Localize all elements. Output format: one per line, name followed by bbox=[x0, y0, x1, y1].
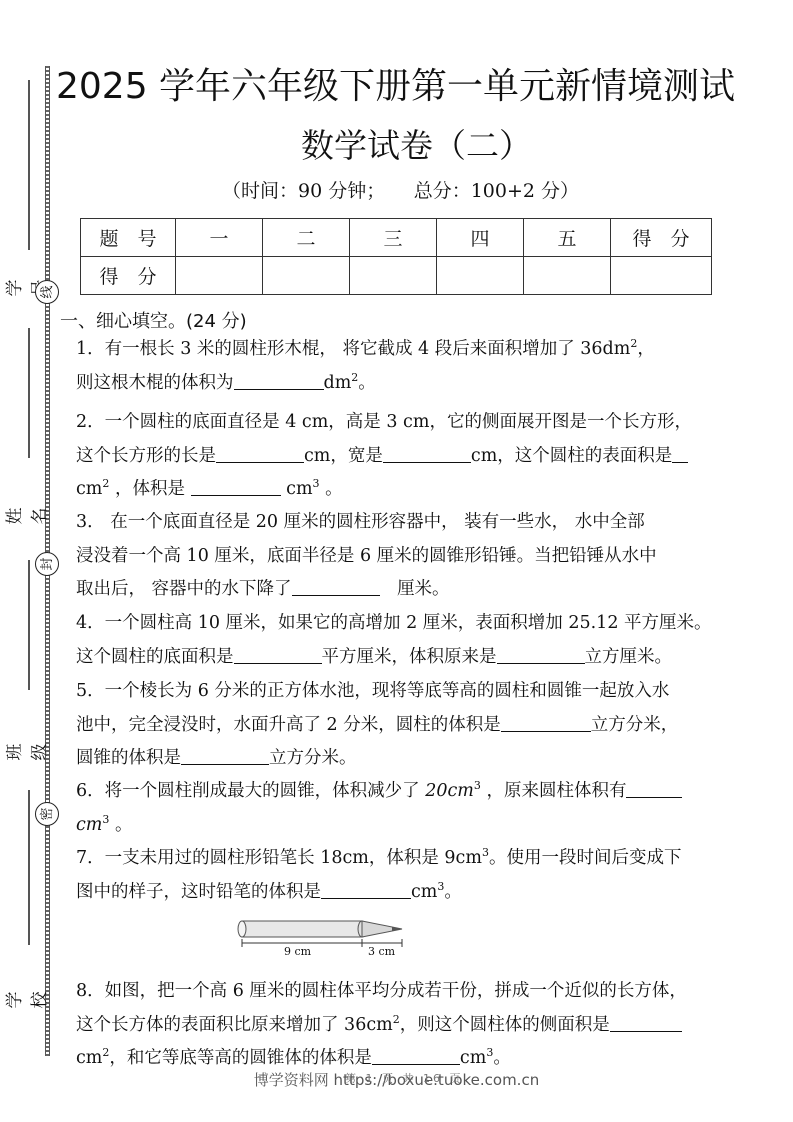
answer-blank[interactable] bbox=[321, 878, 411, 899]
superscript: 3 bbox=[482, 846, 489, 859]
page-info: 第 1 页 共 16 页 bbox=[345, 1070, 463, 1086]
table-cell: 得 分 bbox=[611, 219, 712, 257]
answer-blank[interactable] bbox=[181, 744, 269, 765]
score-cell[interactable] bbox=[524, 257, 611, 295]
unit-text: 立方分米， bbox=[591, 715, 679, 735]
unit-text: cm bbox=[460, 1048, 486, 1068]
question-text: 一个棱长为 6 分米的正方体水池，现将等底等高的圆柱和圆锥一起放入水 bbox=[105, 681, 670, 701]
question-1: 1．有一根长 3 米的圆柱形木棍， 将它截成 4 段后来面积增加了 36dm2，… bbox=[76, 333, 748, 400]
table-cell: 四 bbox=[437, 219, 524, 257]
question-text: 浸没着一个高 10 厘米，底面半径是 6 厘米的圆锥形铅锤。当把铅锤从水中 bbox=[76, 546, 657, 566]
question-text: 在一个底面直径是 20 厘米的圆柱形容器中， 装有一些水， 水中全部 bbox=[110, 512, 645, 532]
question-text: 这个长方体的表面积比原来增加了 36cm bbox=[76, 1015, 393, 1035]
question-number: 3． bbox=[76, 512, 105, 532]
superscript: 2 bbox=[393, 1013, 400, 1026]
question-text: 一个圆柱的底面直径是 4 cm，高是 3 cm，它的侧面展开图是一个长方形， bbox=[105, 412, 692, 432]
fill-line bbox=[28, 328, 30, 458]
answer-blank[interactable] bbox=[497, 643, 585, 664]
superscript: 3 bbox=[474, 779, 481, 792]
unit-text: 厘米。 bbox=[397, 579, 450, 599]
score-cell[interactable] bbox=[350, 257, 437, 295]
question-text: 平方厘米，体积原来是 bbox=[322, 647, 497, 667]
question-6: 6．将一个圆柱削成最大的圆锥，体积减少了 20cm3 ，原来圆柱体积有 cm3 … bbox=[76, 775, 748, 842]
answer-blank[interactable] bbox=[191, 475, 281, 496]
dimension-label-right: 3 cm bbox=[368, 945, 395, 958]
question-text: 圆锥的体积是 bbox=[76, 748, 181, 768]
question-text: 一支未用过的圆柱形铅笔长 18cm，体积是 9cm bbox=[105, 848, 482, 868]
score-cell[interactable] bbox=[176, 257, 263, 295]
answer-blank[interactable] bbox=[672, 442, 688, 463]
question-text: ， bbox=[637, 339, 655, 359]
question-text: cm，这个圆柱的表面积是 bbox=[471, 446, 672, 466]
question-text: cm，宽是 bbox=[304, 446, 383, 466]
table-cell: 一 bbox=[176, 219, 263, 257]
question-text: 。使用一段时间后变成下 bbox=[489, 848, 682, 868]
table-cell: 三 bbox=[350, 219, 437, 257]
question-text: 如图，把一个高 6 厘米的圆柱体平均分成若干份，拼成一个近似的长方体， bbox=[105, 981, 687, 1001]
exam-title: 2025 学年六年级下册第一单元新情境测试 bbox=[56, 58, 756, 109]
question-text: ，体积是 bbox=[115, 479, 185, 499]
superscript: 3 bbox=[313, 477, 320, 490]
class-label: 班 级 bbox=[0, 717, 50, 777]
question-text: 将一个圆柱削成最大的圆锥，体积减少了 bbox=[105, 781, 426, 801]
seal-mark-seal: 封 bbox=[35, 552, 59, 576]
unit-text: cm bbox=[76, 479, 102, 499]
question-text: 。 bbox=[115, 815, 133, 835]
table-cell: 得 分 bbox=[81, 257, 176, 295]
pencil-figure: 9 cm 3 cm bbox=[236, 915, 406, 961]
question-text: 则这根木棍的体积为 bbox=[76, 373, 234, 393]
score-table-header-row: 题 号 一 二 三 四 五 得 分 bbox=[81, 219, 712, 257]
fill-line bbox=[28, 560, 30, 690]
unit-text: cm bbox=[76, 815, 102, 835]
superscript: 3 bbox=[102, 813, 109, 826]
unit-text: dm bbox=[324, 373, 352, 393]
table-cell: 五 bbox=[524, 219, 611, 257]
answer-blank[interactable] bbox=[234, 369, 324, 390]
question-number: 4． bbox=[76, 613, 105, 633]
question-3: 3． 在一个底面直径是 20 厘米的圆柱形容器中， 装有一些水， 水中全部 浸没… bbox=[76, 506, 748, 607]
question-text: 有一根长 3 米的圆柱形木棍， 将它截成 4 段后来面积增加了 36dm bbox=[105, 339, 631, 359]
answer-blank[interactable] bbox=[216, 442, 304, 463]
table-cell: 题 号 bbox=[81, 219, 176, 257]
answer-blank[interactable] bbox=[234, 643, 322, 664]
question-number: 8． bbox=[76, 981, 105, 1001]
table-cell: 二 bbox=[263, 219, 350, 257]
question-text: 取出后， 容器中的水下降了 bbox=[76, 579, 292, 599]
question-text: 一个圆柱高 10 厘米，如果它的高增加 2 厘米，表面积增加 25.12 平方厘… bbox=[105, 613, 712, 633]
name-label: 姓 名 bbox=[0, 481, 50, 541]
math-value: 20cm bbox=[425, 781, 474, 801]
fill-line bbox=[28, 790, 30, 945]
question-text: ，则这个圆柱体的侧面积是 bbox=[400, 1015, 610, 1035]
question-number: 5． bbox=[76, 681, 105, 701]
question-number: 7． bbox=[76, 848, 105, 868]
dimension-label-left: 9 cm bbox=[284, 945, 311, 958]
answer-blank[interactable] bbox=[383, 442, 471, 463]
question-7: 7．一支未用过的圆柱形铅笔长 18cm，体积是 9cm3。使用一段时间后变成下 … bbox=[76, 842, 748, 909]
unit-text: cm bbox=[76, 1048, 102, 1068]
question-8: 8．如图，把一个高 6 厘米的圆柱体平均分成若干份，拼成一个近似的长方体， 这个… bbox=[76, 975, 756, 1076]
question-text: 这个长方形的长是 bbox=[76, 446, 216, 466]
superscript: 2 bbox=[102, 477, 109, 490]
question-text: ，和它等底等高的圆锥体的体积是 bbox=[109, 1048, 372, 1068]
question-4: 4．一个圆柱高 10 厘米，如果它的高增加 2 厘米，表面积增加 25.12 平… bbox=[76, 607, 748, 674]
score-cell[interactable] bbox=[437, 257, 524, 295]
answer-blank[interactable] bbox=[610, 1011, 682, 1032]
question-text: 图中的样子，这时铅笔的体积是 bbox=[76, 882, 321, 902]
seal-mark-secret: 密 bbox=[35, 802, 59, 826]
question-number: 6． bbox=[76, 781, 105, 801]
question-5: 5．一个棱长为 6 分米的正方体水池，现将等底等高的圆柱和圆锥一起放入水 池中，… bbox=[76, 675, 748, 776]
school-label: 学 校 bbox=[0, 965, 50, 1025]
seal-mark-line: 线 bbox=[35, 280, 59, 304]
question-number: 1． bbox=[76, 339, 105, 359]
score-table-score-row: 得 分 bbox=[81, 257, 712, 295]
answer-blank[interactable] bbox=[626, 777, 682, 798]
footer: 博学资料网 https://boxue.tuoke.com.cn 第 1 页 共… bbox=[0, 1069, 793, 1090]
question-text: ，原来圆柱体积有 bbox=[486, 781, 626, 801]
exam-subtitle: 数学试卷（二） bbox=[0, 120, 793, 167]
question-text: 。 bbox=[325, 479, 343, 499]
score-cell[interactable] bbox=[611, 257, 712, 295]
unit-text: 立方分米。 bbox=[269, 748, 357, 768]
unit-text: cm bbox=[286, 479, 312, 499]
score-cell[interactable] bbox=[263, 257, 350, 295]
question-2: 2．一个圆柱的底面直径是 4 cm，高是 3 cm，它的侧面展开图是一个长方形，… bbox=[76, 406, 748, 507]
section-heading: 一、细心填空。(24 分) bbox=[60, 307, 247, 333]
unit-text: 立方厘米。 bbox=[585, 647, 673, 667]
question-text: 。 bbox=[493, 1048, 511, 1068]
score-table: 题 号 一 二 三 四 五 得 分 得 分 bbox=[80, 218, 712, 295]
question-number: 2． bbox=[76, 412, 105, 432]
question-text: 。 bbox=[444, 882, 462, 902]
answer-blank[interactable] bbox=[292, 575, 380, 596]
answer-blank[interactable] bbox=[372, 1044, 460, 1065]
question-text: 。 bbox=[358, 373, 376, 393]
question-text: 这个圆柱的底面积是 bbox=[76, 647, 234, 667]
exam-time-info: （时间：90 分钟； 总分：100+2 分） bbox=[0, 176, 793, 203]
unit-text: cm bbox=[411, 882, 437, 902]
answer-blank[interactable] bbox=[501, 711, 591, 732]
question-text: 池中，完全浸没时，水面升高了 2 分米，圆柱的体积是 bbox=[76, 715, 501, 735]
